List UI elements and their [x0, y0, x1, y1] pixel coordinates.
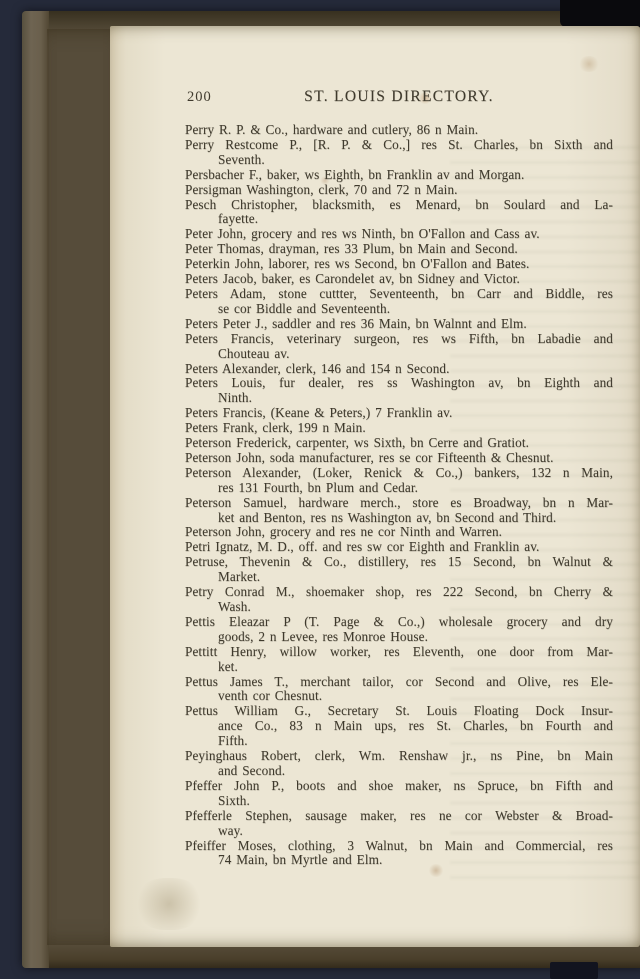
page-number: 200	[187, 89, 212, 106]
entry-line: Persigman Washington, clerk, 70 and 72 n…	[185, 183, 613, 198]
entry-line: Seventh.	[185, 153, 613, 168]
directory-entry: Pfeffer John P., boots and shoe maker, n…	[185, 779, 613, 809]
entry-line: 74 Main, bn Myrtle and Elm.	[185, 853, 613, 868]
entry-line: Peterson John, grocery and res ne cor Ni…	[185, 525, 613, 540]
directory-entry: Peters Jacob, baker, es Carondelet av, b…	[185, 272, 613, 287]
directory-entry: Petry Conrad M., shoemaker shop, res 222…	[185, 585, 613, 615]
directory-entry: Pettus William G., Secretary St. Louis F…	[185, 704, 613, 749]
entry-line: se cor Biddle and Seventeenth.	[185, 302, 613, 317]
entry-line: Pfeiffer Moses, clothing, 3 Walnut, bn M…	[185, 839, 613, 854]
entry-line: Peters Alexander, clerk, 146 and 154 n S…	[185, 362, 613, 377]
directory-entry: Peter Thomas, drayman, res 33 Plum, bn M…	[185, 242, 613, 257]
entry-line: ance Co., 83 n Main ups, res St. Charles…	[185, 719, 613, 734]
entry-line: Persbacher F., baker, ws Eighth, bn Fran…	[185, 168, 613, 183]
entry-line: Peters Adam, stone cuttter, Seventeenth,…	[185, 287, 613, 302]
entry-line: Peters Francis, veterinary surgeon, res …	[185, 332, 613, 347]
directory-entry: Petruse, Thevenin & Co., distillery, res…	[185, 555, 613, 585]
directory-entry: Perry R. P. & Co., hardware and cutlery,…	[185, 123, 613, 138]
book-clasp-bottom	[550, 962, 598, 979]
directory-entry: Pettus James T., merchant tailor, cor Se…	[185, 675, 613, 705]
directory-entry: Pfeiffer Moses, clothing, 3 Walnut, bn M…	[185, 839, 613, 869]
book-clasp-top	[560, 0, 640, 27]
entry-line: Pfeffer John P., boots and shoe maker, n…	[185, 779, 613, 794]
directory-entry: Peters Adam, stone cuttter, Seventeenth,…	[185, 287, 613, 317]
entry-line: Peters Frank, clerk, 199 n Main.	[185, 421, 613, 436]
entry-line: and Second.	[185, 764, 613, 779]
directory-entry: Pettitt Henry, willow worker, res Eleven…	[185, 645, 613, 675]
directory-entry: Peterson John, grocery and res ne cor Ni…	[185, 525, 613, 540]
entry-line: Peyinghaus Robert, clerk, Wm. Renshaw jr…	[185, 749, 613, 764]
directory-entry: Persbacher F., baker, ws Eighth, bn Fran…	[185, 168, 613, 183]
entry-line: Petruse, Thevenin & Co., distillery, res…	[185, 555, 613, 570]
directory-entry: Peterson John, soda manufacturer, res se…	[185, 451, 613, 466]
entry-line: Peterson Alexander, (Loker, Renick & Co.…	[185, 466, 613, 481]
directory-entry: Peter John, grocery and res ws Ninth, bn…	[185, 227, 613, 242]
directory-entry: Peters Francis, (Keane & Peters,) 7 Fran…	[185, 406, 613, 421]
entry-line: Pesch Christopher, blacksmith, es Menard…	[185, 198, 613, 213]
entry-line: Wash.	[185, 600, 613, 615]
entry-line: venth cor Chesnut.	[185, 689, 613, 704]
entry-line: Pettitt Henry, willow worker, res Eleven…	[185, 645, 613, 660]
entry-line: Peterson John, soda manufacturer, res se…	[185, 451, 613, 466]
entry-line: Perry R. P. & Co., hardware and cutlery,…	[185, 123, 613, 138]
entry-line: fayette.	[185, 212, 613, 227]
entry-line: Pettus James T., merchant tailor, cor Se…	[185, 675, 613, 690]
entry-line: Pettus William G., Secretary St. Louis F…	[185, 704, 613, 719]
directory-entry: Peters Alexander, clerk, 146 and 154 n S…	[185, 362, 613, 377]
book-page: 200 ST. LOUIS DIRECTORY. Perry R. P. & C…	[110, 26, 640, 947]
entry-line: Peter John, grocery and res ws Ninth, bn…	[185, 227, 613, 242]
entry-line: Chouteau av.	[185, 347, 613, 362]
directory-entry: Peterson Alexander, (Loker, Renick & Co.…	[185, 466, 613, 496]
entry-line: Fifth.	[185, 734, 613, 749]
entry-line: Petri Ignatz, M. D., off. and res sw cor…	[185, 540, 613, 555]
entry-line: Peters Peter J., saddler and res 36 Main…	[185, 317, 613, 332]
entry-line: ket and Benton, res ns Washington av, bn…	[185, 511, 613, 526]
entry-line: Ninth.	[185, 391, 613, 406]
entry-line: Pfefferle Stephen, sausage maker, res ne…	[185, 809, 613, 824]
directory-entry: Peterson Frederick, carpenter, ws Sixth,…	[185, 436, 613, 451]
directory-entry: Peyinghaus Robert, clerk, Wm. Renshaw jr…	[185, 749, 613, 779]
entry-line: Peters Jacob, baker, es Carondelet av, b…	[185, 272, 613, 287]
page-content: 200 ST. LOUIS DIRECTORY. Perry R. P. & C…	[185, 88, 613, 868]
entry-line: Petry Conrad M., shoemaker shop, res 222…	[185, 585, 613, 600]
scan-background: 200 ST. LOUIS DIRECTORY. Perry R. P. & C…	[0, 0, 640, 979]
directory-entry: Pfefferle Stephen, sausage maker, res ne…	[185, 809, 613, 839]
directory-entry: Peters Francis, veterinary surgeon, res …	[185, 332, 613, 362]
directory-listing: Perry R. P. & Co., hardware and cutlery,…	[185, 123, 613, 868]
entry-line: goods, 2 n Levee, res Monroe House.	[185, 630, 613, 645]
entry-line: Sixth.	[185, 794, 613, 809]
directory-entry: Pesch Christopher, blacksmith, es Menard…	[185, 198, 613, 228]
entry-line: Peters Francis, (Keane & Peters,) 7 Fran…	[185, 406, 613, 421]
entry-line: ket.	[185, 660, 613, 675]
entry-line: Peterkin John, laborer, res ws Second, b…	[185, 257, 613, 272]
entry-line: way.	[185, 824, 613, 839]
directory-entry: Peters Peter J., saddler and res 36 Main…	[185, 317, 613, 332]
directory-entry: Peters Louis, fur dealer, res ss Washing…	[185, 376, 613, 406]
entry-line: Peters Louis, fur dealer, res ss Washing…	[185, 376, 613, 391]
foxing-stain	[578, 56, 600, 72]
directory-entry: Petri Ignatz, M. D., off. and res sw cor…	[185, 540, 613, 555]
directory-entry: Peterson Samuel, hardware merch., store …	[185, 496, 613, 526]
entry-line: res 131 Fourth, bn Plum and Cedar.	[185, 481, 613, 496]
entry-line: Peterson Frederick, carpenter, ws Sixth,…	[185, 436, 613, 451]
entry-line: Peter Thomas, drayman, res 33 Plum, bn M…	[185, 242, 613, 257]
page-edges	[47, 29, 113, 945]
entry-line: Pettis Eleazar P (T. Page & Co.,) wholes…	[185, 615, 613, 630]
entry-line: Market.	[185, 570, 613, 585]
page-header: 200 ST. LOUIS DIRECTORY.	[185, 88, 613, 108]
entry-line: Peterson Samuel, hardware merch., store …	[185, 496, 613, 511]
directory-entry: Peters Frank, clerk, 199 n Main.	[185, 421, 613, 436]
directory-entry: Peterkin John, laborer, res ws Second, b…	[185, 257, 613, 272]
entry-line: Perry Restcome P., [R. P. & Co.,] res St…	[185, 138, 613, 153]
directory-entry: Pettis Eleazar P (T. Page & Co.,) wholes…	[185, 615, 613, 645]
directory-entry: Perry Restcome P., [R. P. & Co.,] res St…	[185, 138, 613, 168]
directory-entry: Persigman Washington, clerk, 70 and 72 n…	[185, 183, 613, 198]
directory-title: ST. LOUIS DIRECTORY.	[185, 88, 613, 106]
foxing-stain	[134, 878, 204, 930]
